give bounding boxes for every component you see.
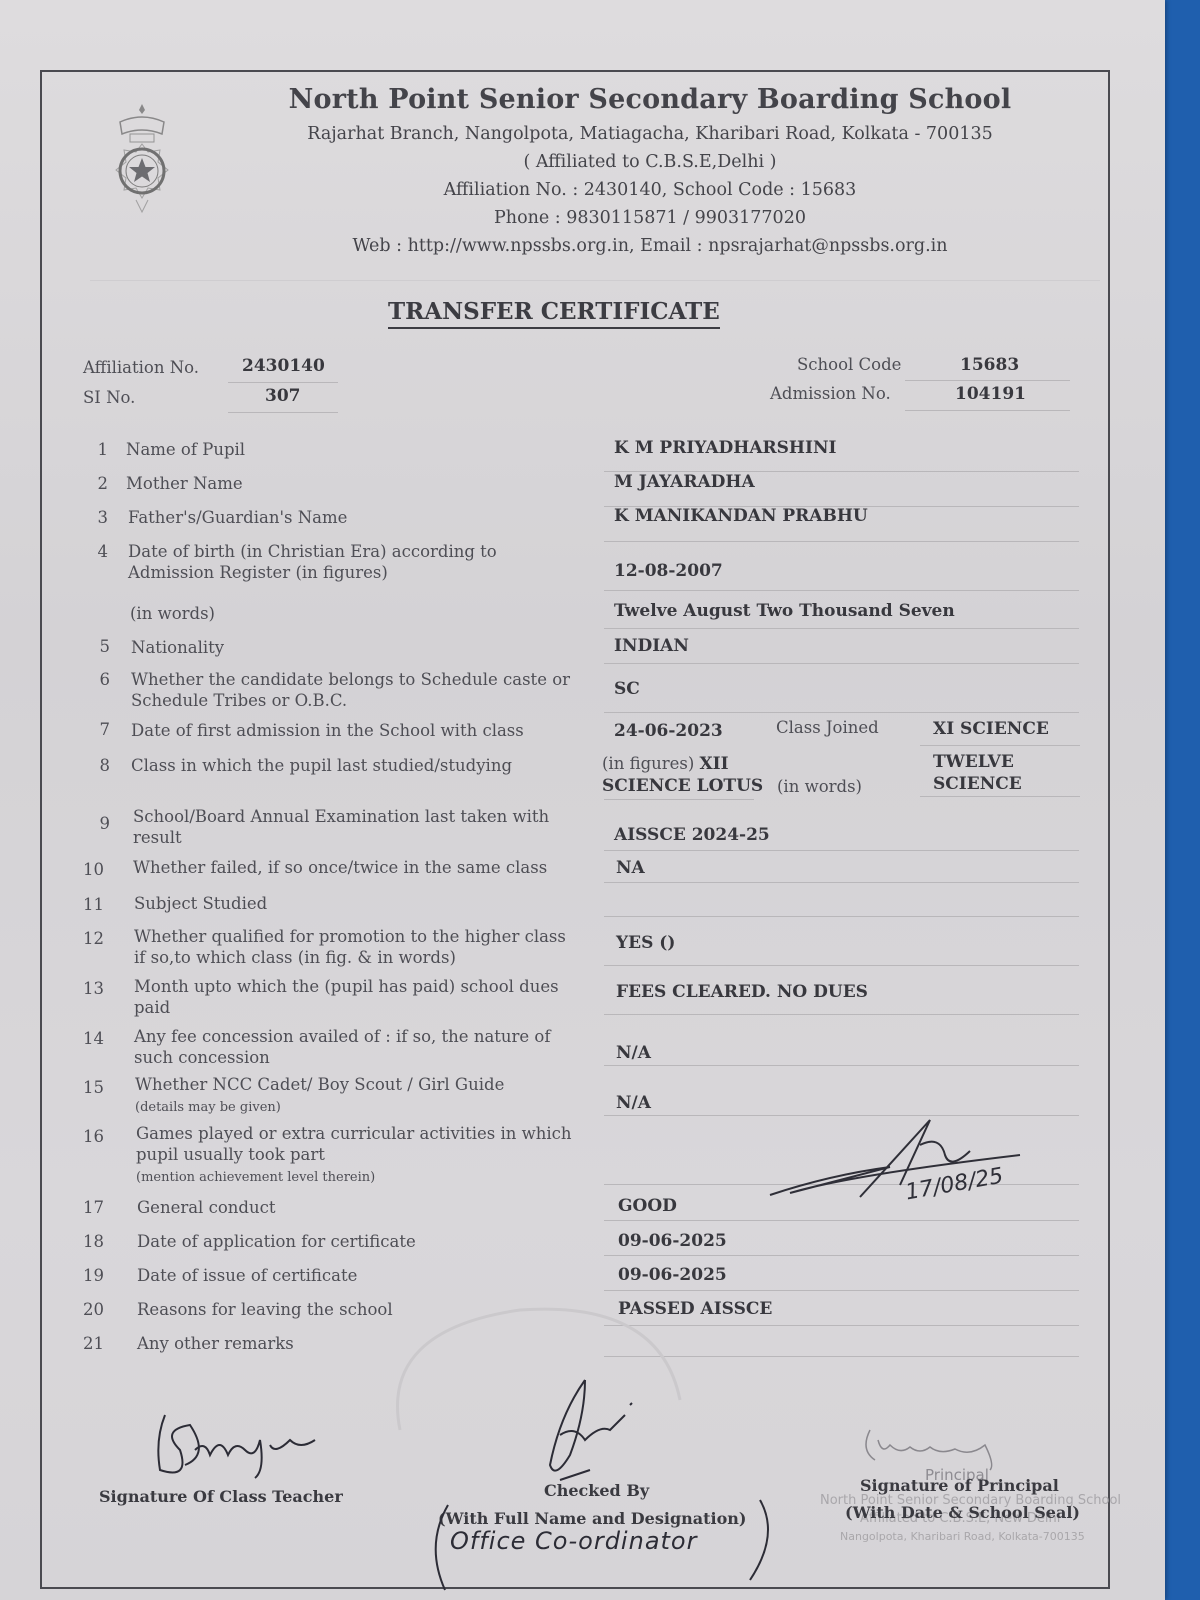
principal-signature-sublabel: (With Date & School Seal) <box>845 1503 1080 1522</box>
row-number: 11 <box>80 895 104 914</box>
row-value-dob-words: Twelve August Two Thousand Seven <box>614 601 955 622</box>
row-label: Whether qualified for promotion to the h… <box>134 926 574 968</box>
class-teacher-signature-label: Signature Of Class Teacher <box>99 1487 343 1506</box>
affiliation-line: Affiliation No. : 2430140, School Code :… <box>200 180 1100 200</box>
class-joined-label: Class Joined <box>776 718 879 737</box>
school-code-label: School Code <box>797 355 901 374</box>
row-number: 5 <box>86 637 110 656</box>
stamp-line-3: Nangolpota, Kharibari Road, Kolkata-7001… <box>840 1528 1085 1545</box>
row-label: Class in which the pupil last studied/st… <box>131 755 571 776</box>
affiliation-no-label: Affiliation No. <box>83 358 199 377</box>
affiliation-no-value: 2430140 <box>242 356 325 376</box>
admission-no-label: Admission No. <box>770 384 891 403</box>
checked-by-signature <box>530 1375 650 1485</box>
in-figures-label: (in figures) <box>602 754 694 773</box>
row-number: 21 <box>80 1334 104 1353</box>
web-email-line: Web : http://www.npssbs.org.in, Email : … <box>200 236 1100 256</box>
row-value-issue-date: 09-06-2025 <box>618 1265 727 1286</box>
row-value-promotion: YES () <box>616 933 675 954</box>
row-value-last-class-words: TWELVE SCIENCE <box>933 751 1022 795</box>
row-value-name-of-pupil: K M PRIYADHARSHINI <box>614 438 836 459</box>
row-label: Date of birth (in Christian Era) accordi… <box>128 541 528 583</box>
row-label: School/Board Annual Examination last tak… <box>133 806 563 848</box>
school-name: North Point Senior Secondary Boarding Sc… <box>200 84 1100 115</box>
row-number: 2 <box>84 474 108 493</box>
principal-signature-label: Signature of Principal <box>860 1476 1059 1495</box>
row-value-admission-date: 24-06-2023 <box>614 721 723 742</box>
row-label: Whether failed, if so once/twice in the … <box>133 857 573 878</box>
row-sub-label: (in words) <box>130 603 570 624</box>
row-number: 3 <box>84 508 108 527</box>
row-value-application-date: 09-06-2025 <box>618 1231 727 1252</box>
phone-line: Phone : 9830115871 / 9903177020 <box>200 208 1100 228</box>
row-number: 7 <box>86 720 110 739</box>
row-value-failed: NA <box>616 858 645 879</box>
in-words-label: (in words) <box>777 777 862 796</box>
row-label: Father's/Guardian's Name <box>128 507 568 528</box>
handwritten-verification-signature <box>770 1115 1060 1225</box>
row-number: 10 <box>80 860 104 879</box>
row-value-father-name: K MANIKANDAN PRABHU <box>614 506 868 527</box>
row-number: 4 <box>84 542 108 561</box>
row-note: (mention achievement level therein) <box>136 1170 375 1185</box>
row-label: General conduct <box>137 1197 577 1218</box>
row-number: 9 <box>86 814 110 833</box>
row-number: 20 <box>80 1300 104 1319</box>
row-number: 6 <box>86 670 110 689</box>
handwritten-brackets <box>420 1495 790 1595</box>
row-label: Mother Name <box>126 473 566 494</box>
certificate-title: TRANSFER CERTIFICATE <box>388 298 720 329</box>
certificate-paper: North Point Senior Secondary Boarding Sc… <box>0 0 1165 1600</box>
row-label: Subject Studied <box>134 893 574 914</box>
school-address: Rajarhat Branch, Nangolpota, Matiagacha,… <box>200 124 1100 144</box>
school-code-value: 15683 <box>960 355 1019 375</box>
row-label: Whether NCC Cadet/ Boy Scout / Girl Guid… <box>135 1074 575 1118</box>
row-number: 8 <box>86 756 110 775</box>
row-value-fee-concession: N/A <box>616 1043 651 1064</box>
row-label: Date of first admission in the School wi… <box>131 720 571 741</box>
row-value-conduct: GOOD <box>618 1196 677 1217</box>
row-number: 12 <box>80 929 104 948</box>
row-value-dob-figures: 12-08-2007 <box>614 561 723 582</box>
row-number: 18 <box>80 1232 104 1251</box>
row-number: 14 <box>80 1029 104 1048</box>
admission-no-value: 104191 <box>955 384 1026 404</box>
row-note: (details may be given) <box>135 1100 281 1115</box>
row-label: Whether the candidate belongs to Schedul… <box>131 669 581 711</box>
row-number: 15 <box>80 1078 104 1097</box>
row-label: Month upto which the (pupil has paid) sc… <box>134 976 564 1018</box>
row-value-last-exam: AISSCE 2024-25 <box>614 825 770 846</box>
row-number: 1 <box>84 440 108 459</box>
row-value-class-joined: XI SCIENCE <box>933 719 1049 740</box>
affiliation-note: ( Affiliated to C.B.S.E,Delhi ) <box>200 152 1100 172</box>
row-value-category: SC <box>614 679 640 700</box>
sl-no-label: SI No. <box>83 388 135 407</box>
row-value-mother-name: M JAYARADHA <box>614 472 755 493</box>
row-label: Date of application for certificate <box>137 1231 577 1252</box>
sl-no-value: 307 <box>265 386 301 406</box>
row-label: Date of issue of certificate <box>137 1265 577 1286</box>
row-number: 16 <box>80 1127 104 1146</box>
row-label: Games played or extra curricular activit… <box>136 1123 576 1188</box>
row-number: 13 <box>80 979 104 998</box>
row-value-ncc: N/A <box>616 1093 651 1114</box>
row-value-last-class: (in figures) XII SCIENCE LOTUS <box>602 753 763 797</box>
row-label: Nationality <box>131 637 571 658</box>
school-crest-star-icon <box>102 100 182 220</box>
row-value-dues: FEES CLEARED. NO DUES <box>616 982 868 1003</box>
row-number: 19 <box>80 1266 104 1285</box>
class-teacher-signature <box>150 1410 330 1480</box>
row-value-nationality: INDIAN <box>614 636 689 657</box>
row-number: 17 <box>80 1198 104 1217</box>
row-label: Name of Pupil <box>126 439 566 460</box>
row-label: Any fee concession availed of : if so, t… <box>134 1026 574 1068</box>
